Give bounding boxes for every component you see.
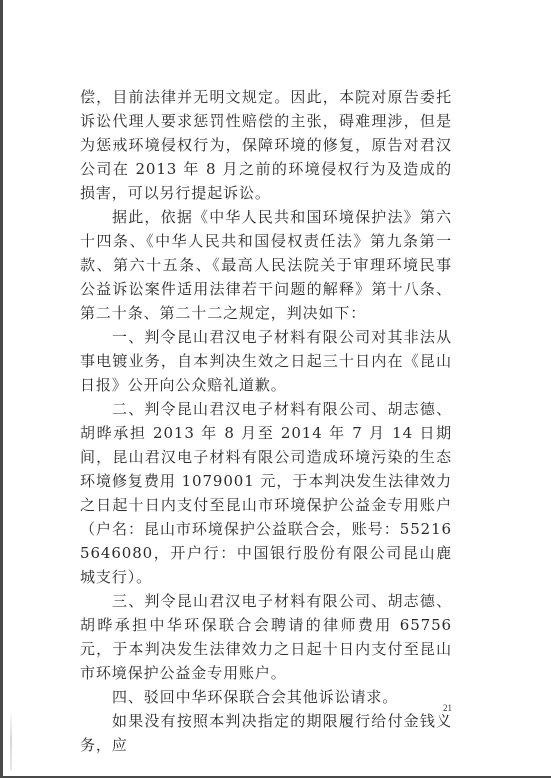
scan-artifact <box>10 710 12 770</box>
document-page: 偿，目前法律并无明文规定。因此，本院对原告委托诉讼代理人要求惩罚性赔偿的主张，碍… <box>0 0 551 778</box>
paragraph-judgment-item-2: 二、判令昆山君汉电子材料有限公司、胡志德、胡晔承担 2013 年 8 月至 20… <box>80 397 452 589</box>
page-number: 21 <box>443 703 452 713</box>
paragraph-enforcement: 如果没有按照本判决指定的期限履行给付金钱义务，应 <box>80 709 452 757</box>
paragraph-judgment-item-3: 三、判令昆山君汉电子材料有限公司、胡志德、胡晔承担中华环保联合会聘请的律师费用 … <box>80 589 452 685</box>
paragraph-legal-basis: 据此，依据《中华人民共和国环境保护法》第六十四条、《中华人民共和国侵权责任法》第… <box>80 205 452 325</box>
document-body: 偿，目前法律并无明文规定。因此，本院对原告委托诉讼代理人要求惩罚性赔偿的主张，碍… <box>80 85 452 757</box>
paragraph-judgment-item-1: 一、判令昆山君汉电子材料有限公司对其非法从事电镀业务，自本判决生效之日起三十日内… <box>80 325 452 397</box>
paragraph-continuation: 偿，目前法律并无明文规定。因此，本院对原告委托诉讼代理人要求惩罚性赔偿的主张，碍… <box>80 85 452 205</box>
paragraph-judgment-item-4: 四、驳回中华环保联合会其他诉讼请求。 <box>80 685 452 709</box>
